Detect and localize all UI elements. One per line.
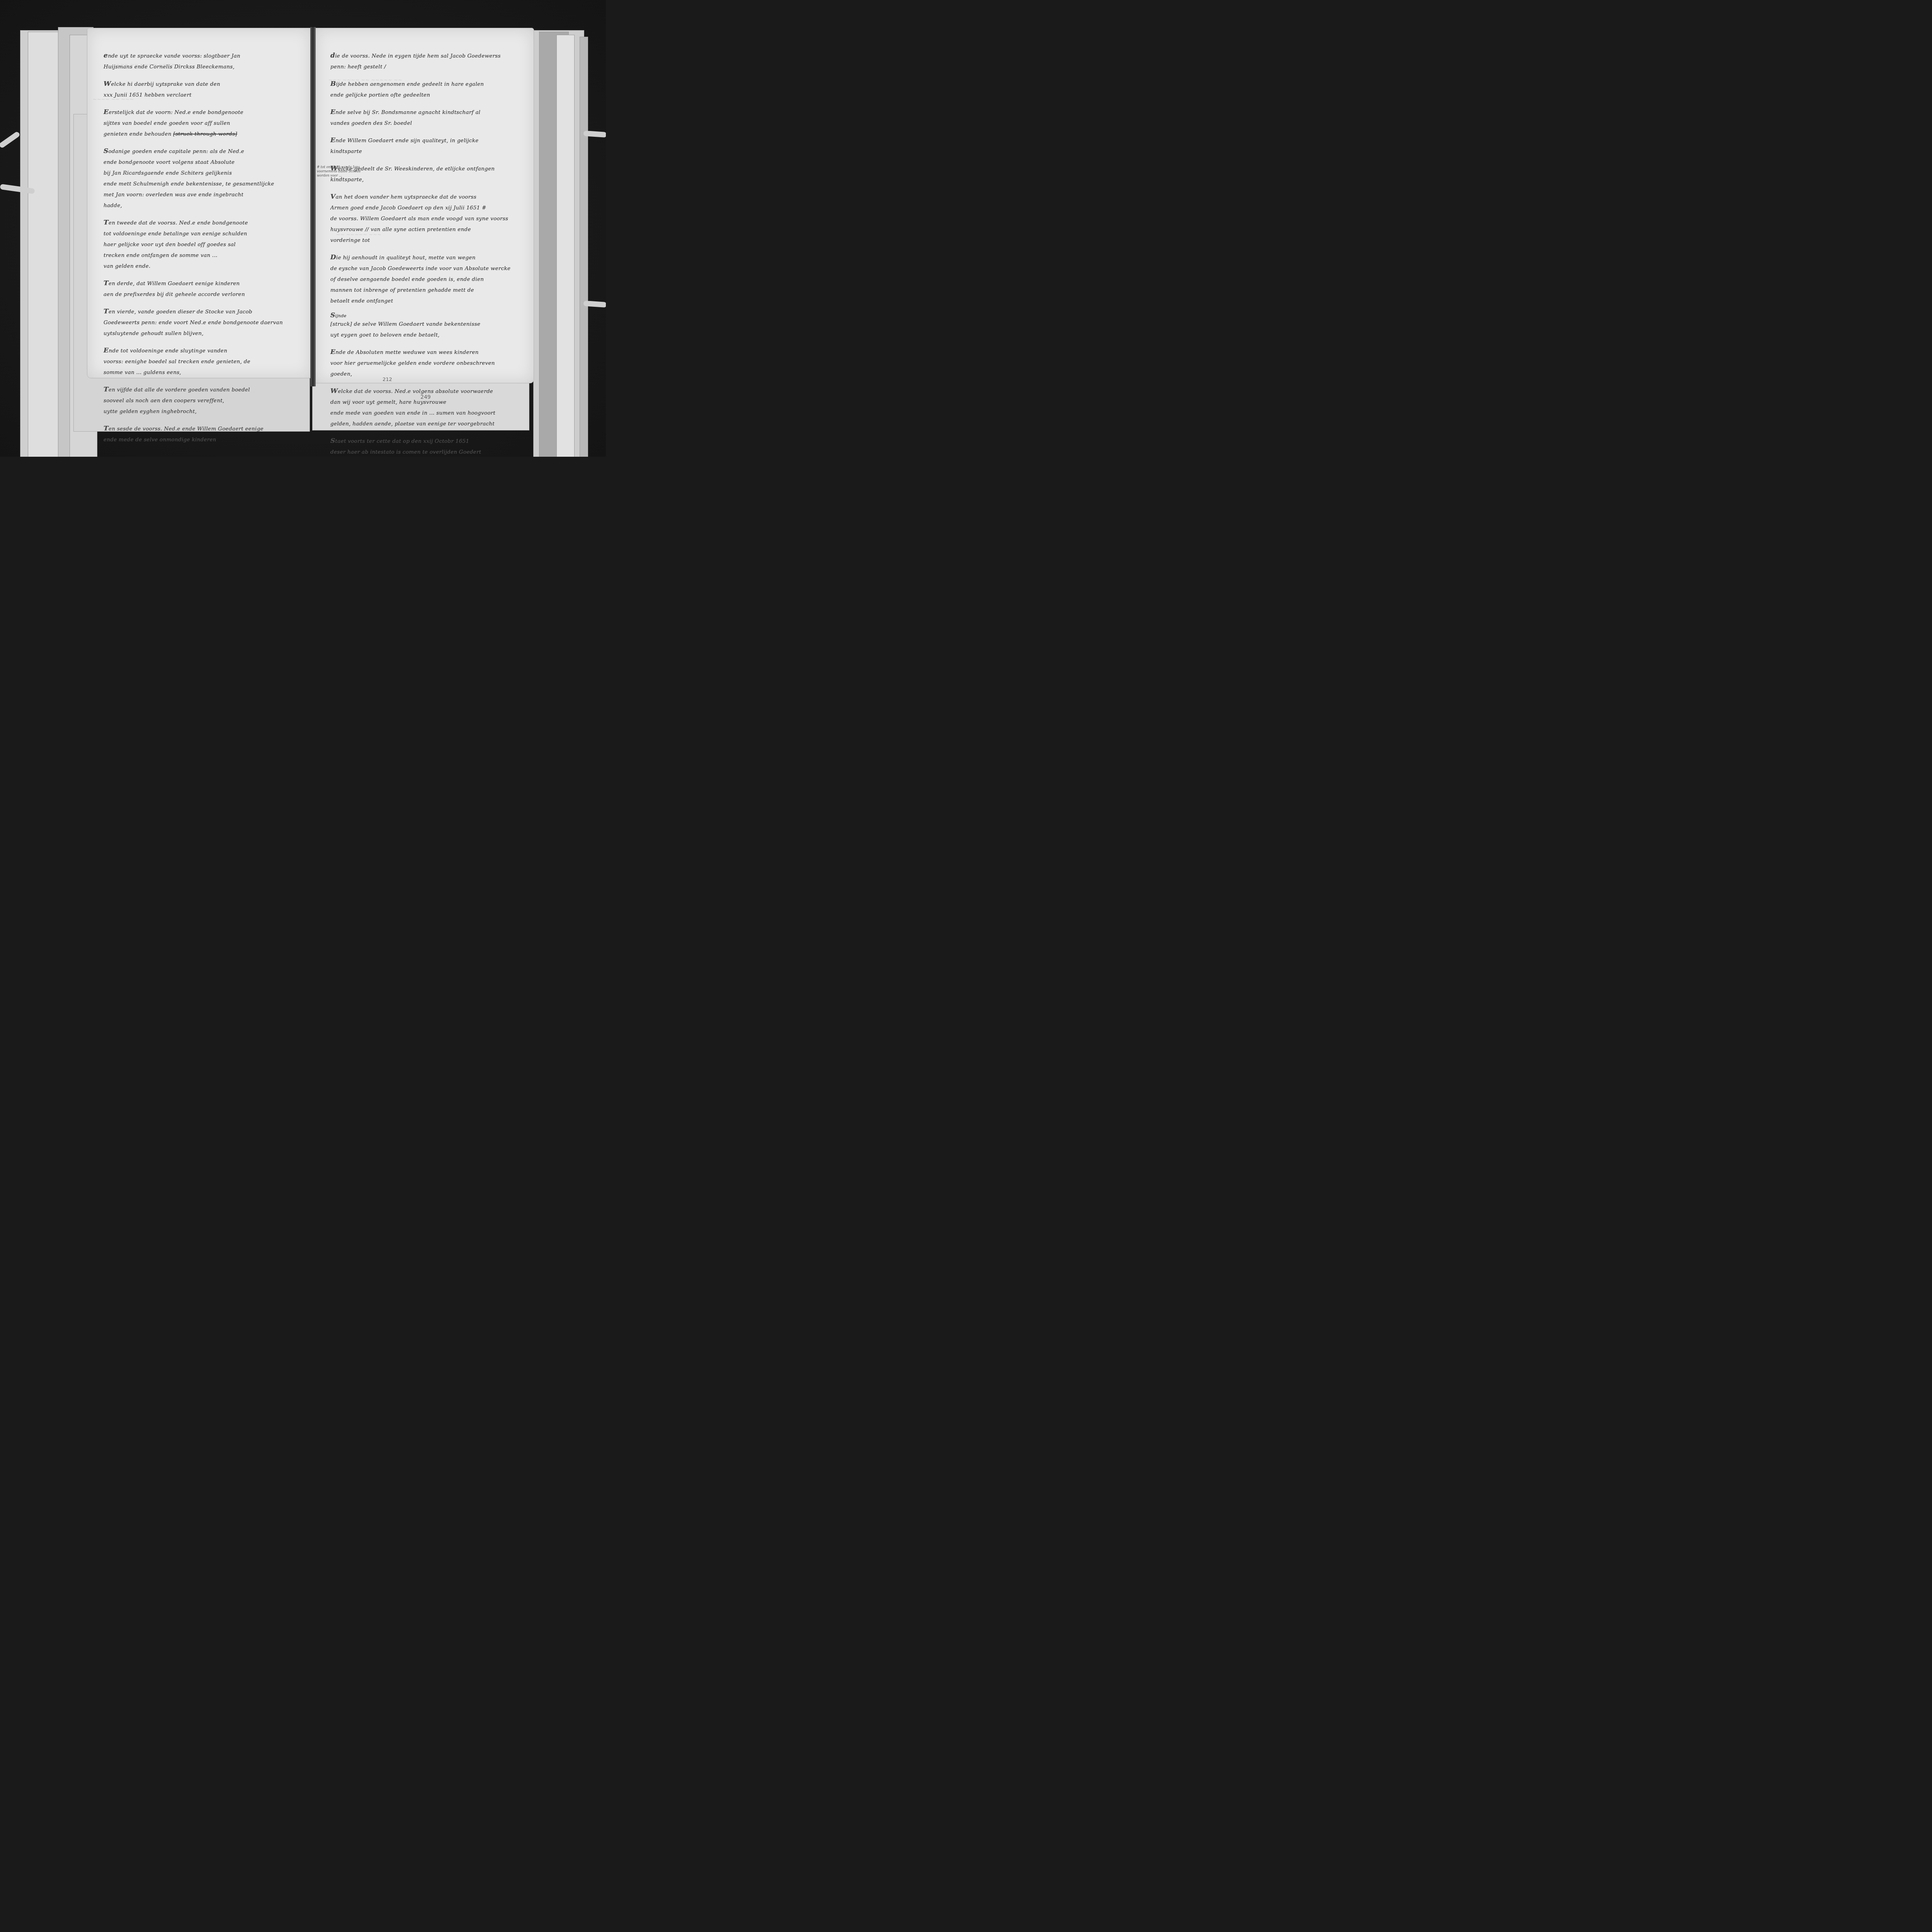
handwritten-line: Welcke hi daerbij uytsprake van date den	[104, 78, 304, 90]
handwritten-line: Ende selve bij Sr. Bondsmanne agnacht ki…	[330, 107, 526, 118]
archive-page-number: 249	[420, 394, 431, 400]
paragraph: Welcke dat de voorss. Ned.e volgens abso…	[330, 386, 526, 429]
paragraph: die de voorss. Nede in eygen tijde hem s…	[330, 50, 526, 72]
handwritten-words: genieten ende behouden	[104, 131, 172, 137]
handwritten-line: kindtsparte	[330, 146, 526, 157]
handwritten-line: betaelt ende ontfanget	[330, 296, 526, 306]
paragraph: Eerstelijck dat de voorn: Ned.e ende bon…	[104, 107, 304, 139]
handwritten-line: ende bondgenoote voort volgens staat Abs…	[104, 157, 304, 168]
handwritten-line: sijttes van boedel ende goeden voor aff …	[104, 118, 304, 129]
handwritten-line: Ten derde, dat Willem Goedaert eenige ki…	[104, 278, 304, 289]
handwritten-line: Armen goed ende Jacob Goedaert op den xi…	[330, 202, 526, 213]
book-gutter	[310, 27, 316, 386]
handwritten-line: voorss: eenighe boedel sal trecken ende …	[104, 356, 304, 367]
handwritten-line: de eysche van Jacob Goedeweerts inde voo…	[330, 263, 526, 274]
handwritten-line: Staet voorts ter cette dat op den xxij O…	[330, 435, 526, 447]
handwritten-line: penn: heeft gestelt /	[330, 61, 526, 72]
handwritten-line: gelden, hadden aende, plaetse van eenige…	[330, 418, 526, 429]
handwritten-line: [struck] de selve Willem Goedaert vande …	[330, 319, 526, 330]
paragraph: Ende selve bij Sr. Bondsmanne agnacht ki…	[330, 107, 526, 129]
handwritten-line: sooveel als noch aen den coopers vereffe…	[104, 395, 304, 406]
handwritten-line: kindtsparte,	[330, 174, 526, 185]
handwritten-line: de voorss. Willem Goedaert als man ende …	[330, 213, 526, 224]
handwritten-line: tot voldoeninge ende betalinge van eenig…	[104, 228, 304, 239]
paragraph: Van het doen vander hem uytspraecke dat …	[330, 191, 526, 246]
paragraph: Ten derde, dat Willem Goedaert eenige ki…	[104, 278, 304, 300]
handwritten-line: uyt eygen goet to beloven ende betaelt,	[330, 330, 526, 340]
handwritten-line: Ende Willem Goedaert ende sijn qualiteyt…	[330, 135, 526, 146]
paragraph: ende uyt te spraecke vande voorss: slogt…	[104, 50, 304, 72]
paragraph: Die hij aenhoudt in qualiteyt hout, mett…	[330, 252, 526, 306]
handwritten-line: uytte gelden eyghen inghebrocht,	[104, 406, 304, 417]
handwritten-line: met Jan voorn: overleden was ave ende in…	[104, 189, 304, 200]
paragraph: Ende Willem Goedaert ende sijn qualiteyt…	[330, 135, 526, 157]
handwritten-line: deser haer ab intestato is comen te over…	[330, 447, 526, 457]
handwritten-line: Die hij aenhoudt in qualiteyt hout, mett…	[330, 252, 526, 263]
handwritten-line: Bijde hebben aengenomen ende gedeelt in …	[330, 78, 526, 90]
handwritten-line: somme van ... guldens eens,	[104, 367, 304, 378]
handwritten-line: huysvrouwe // van alle syne actien prete…	[330, 224, 526, 235]
handwritten-line: xxx Junii 1651 hebben verclaert	[104, 90, 304, 100]
handwritten-line: uytsluytende gehoudt sullen blijven,	[104, 328, 304, 339]
handwritten-line: ende uyt te spraecke vande voorss: slogt…	[104, 50, 304, 61]
paragraph: Sodanige goeden ende capitale penn: als …	[104, 146, 304, 211]
handwritten-line: Eerstelijck dat de voorn: Ned.e ende bon…	[104, 107, 304, 118]
paragraph: Bijde hebben aengenomen ende gedeelt in …	[330, 78, 526, 100]
handwritten-line: Welcke gedeelt de Sr. Weeskinderen, de e…	[330, 163, 526, 174]
handwritten-line: van gelden ende.	[104, 261, 304, 272]
handwritten-line: Ende de Absoluten mette weduwe van wees …	[330, 347, 526, 358]
handwritten-line: hadde,	[104, 200, 304, 211]
handwritten-line: goeden,	[330, 369, 526, 379]
handwritten-line: mannen tot inbrenge of pretentien gehadd…	[330, 285, 526, 296]
handwritten-line: Ten sesde de voorss. Ned.e ende Willem G…	[104, 423, 304, 434]
paragraph: Welcke hi daerbij uytsprake van date den…	[104, 78, 304, 100]
folio-number: 212	[383, 377, 392, 383]
handwritten-line: Van het doen vander hem uytspraecke dat …	[330, 191, 526, 202]
handwritten-line: die de voorss. Nede in eygen tijde hem s…	[330, 50, 526, 61]
handwritten-line: ende mede de selve onmondige kinderen	[104, 434, 304, 445]
handwritten-line: genieten ende behouden [struck through w…	[104, 129, 304, 139]
paragraph: Welcke gedeelt de Sr. Weeskinderen, de e…	[330, 163, 526, 185]
handwritten-line: voor hier geruemelijcke gelden ende vord…	[330, 358, 526, 369]
handwritten-line: Ende tot voldoeninge ende sluytinge vand…	[104, 345, 304, 356]
paragraph: Ten sesde de voorss. Ned.e ende Willem G…	[104, 423, 304, 445]
paragraph: Ten vierde, vande goeden dieser de Stock…	[104, 306, 304, 339]
paragraph: Ende tot voldoeninge ende sluytinge vand…	[104, 345, 304, 378]
handwritten-line: ende mett Schulmenigh ende bekentenisse,…	[104, 179, 304, 189]
paragraph: Ten vijfde dat alle de vordere goeden va…	[104, 384, 304, 417]
handwritten-line: trecken ende ontfangen de somme van ...	[104, 250, 304, 261]
struck-through-words: [struck through words]	[173, 131, 237, 137]
handwritten-line: Ten vierde, vande goeden dieser de Stock…	[104, 306, 304, 317]
handwritten-line: of deselve aengaende boedel ende goeden …	[330, 274, 526, 285]
paragraph: Staet voorts ter cette dat op den xxij O…	[330, 435, 526, 457]
handwritten-line: ende gelijcke portien ofte gedeelten	[330, 90, 526, 100]
handwritten-line: Goedeweerts penn: ende voort Ned.e ende …	[104, 317, 304, 328]
right-stacked-folio	[580, 37, 588, 457]
handwritten-line: Ten vijfde dat alle de vordere goeden va…	[104, 384, 304, 395]
handwritten-line: vorderinge tot	[330, 235, 526, 246]
handwritten-line: bij Jan Ricardsgaende ende Schiters geli…	[104, 168, 304, 179]
handwritten-line: vandes goeden des Sr. boedel	[330, 118, 526, 129]
handwritten-line: Huijsmans ende Cornelis Dirckss Bleeckem…	[104, 61, 304, 72]
handwritten-line: aen de prefixerdes bij dit geheele accor…	[104, 289, 304, 300]
right-stacked-folio	[556, 35, 575, 457]
handwritten-line: Sodanige goeden ende capitale penn: als …	[104, 146, 304, 157]
paragraph: Ende de Absoluten mette weduwe van wees …	[330, 347, 526, 379]
paragraph: Ten tweede dat de voorss. Ned.e ende bon…	[104, 217, 304, 272]
handwritten-line: haer gelijcke voor uyt den boedel off go…	[104, 239, 304, 250]
left-page-text: ende uyt te spraecke vande voorss: slogt…	[104, 50, 304, 451]
handwritten-line: Ten tweede dat de voorss. Ned.e ende bon…	[104, 217, 304, 228]
interlinear-insertion: Sijnde	[330, 313, 526, 319]
handwritten-line: ende mede van goeden van ende in ... sum…	[330, 408, 526, 418]
paragraph: Sijnde [struck] de selve Willem Goedaert…	[330, 313, 526, 340]
